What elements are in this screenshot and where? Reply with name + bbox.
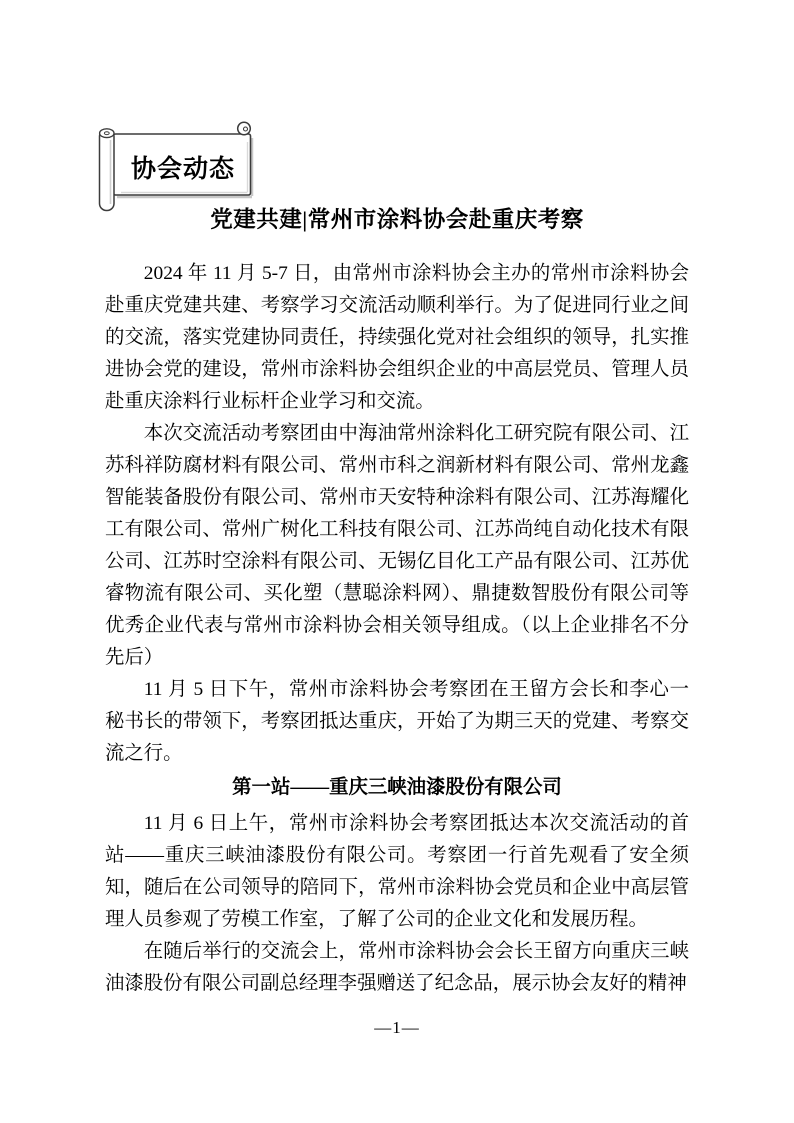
paragraph: 在随后举行的交流会上，常州市涂料协会会长王留方向重庆三峡油漆股份有限公司副总经理… — [105, 936, 689, 1000]
paragraph: 11 月 5 日下午，常州市涂料协会考察团在王留方会长和李心一秘书长的带领下，考… — [105, 674, 689, 770]
paragraph: 本次交流活动考察团由中海油常州涂料化工研究院有限公司、江苏科祥防腐材料有限公司、… — [105, 418, 689, 674]
document-page: 协会动态 党建共建|常州市涂料协会赴重庆考察 2024 年 11 月 5-7 日… — [0, 0, 794, 1123]
article-body: 2024 年 11 月 5-7 日，由常州市涂料协会主办的常州市涂料协会赴重庆党… — [105, 258, 689, 1000]
paragraph: 2024 年 11 月 5-7 日，由常州市涂料协会主办的常州市涂料协会赴重庆党… — [105, 258, 689, 418]
paragraph: 11 月 6 日上午，常州市涂料协会考察团抵达本次交流活动的首站——重庆三峡油漆… — [105, 808, 689, 936]
section-subheading: 第一站——重庆三峡油漆股份有限公司 — [105, 772, 689, 804]
banner-label: 协会动态 — [113, 149, 253, 185]
page-number: —1— — [0, 1018, 794, 1038]
article-title: 党建共建|常州市涂料协会赴重庆考察 — [0, 202, 794, 234]
